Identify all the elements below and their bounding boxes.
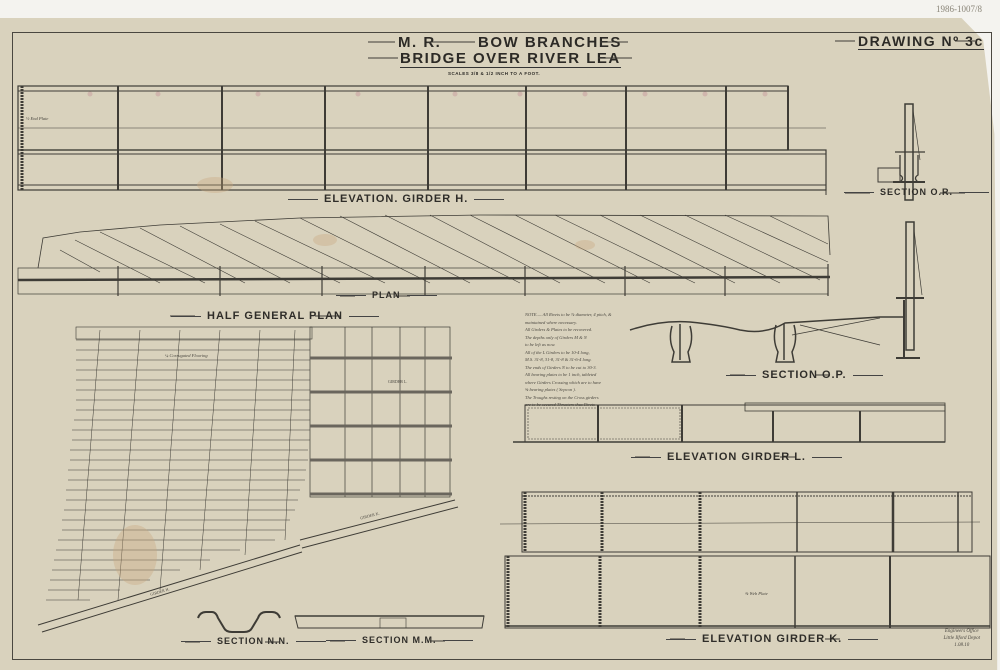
signature-block: Engineers Office Little Ilford Depot 1.0… xyxy=(944,628,980,649)
label-section-op: SECTION O.P. xyxy=(720,369,889,381)
signature-line-2: Little Ilford Depot xyxy=(944,635,980,642)
annotation-end-plate: ½ End Plate xyxy=(26,115,48,123)
annotation-web-plate: ⅜ Web Plate xyxy=(745,590,768,598)
label-section-or: SECTION O.R. xyxy=(838,187,995,197)
general-notes: NOTE.— All Rivets to be ⅞ diameter, 4 pi… xyxy=(525,311,612,409)
label-half-general-plan: HALF GENERAL PLAN xyxy=(165,310,385,322)
drawing-linework xyxy=(0,0,1000,670)
label-section-nn: SECTION N.N. xyxy=(175,636,332,646)
label-elevation-girder-k: ELEVATION GIRDER K. xyxy=(660,633,884,645)
signature-line-3: 1.08.10 xyxy=(944,642,980,649)
annotation-girder-l: GIRDER L. xyxy=(388,378,407,386)
label-plan: PLAN xyxy=(330,290,443,300)
signature-line-1: Engineers Office xyxy=(944,628,980,635)
label-elevation-girder-h: ELEVATION. GIRDER H. xyxy=(282,193,510,205)
label-elevation-girder-l: ELEVATION GIRDER L. xyxy=(625,451,848,463)
label-section-mm: SECTION M.M. xyxy=(320,635,479,645)
annotation-corrugated-flooring: ¼ Corrugated Flooring xyxy=(165,352,208,360)
